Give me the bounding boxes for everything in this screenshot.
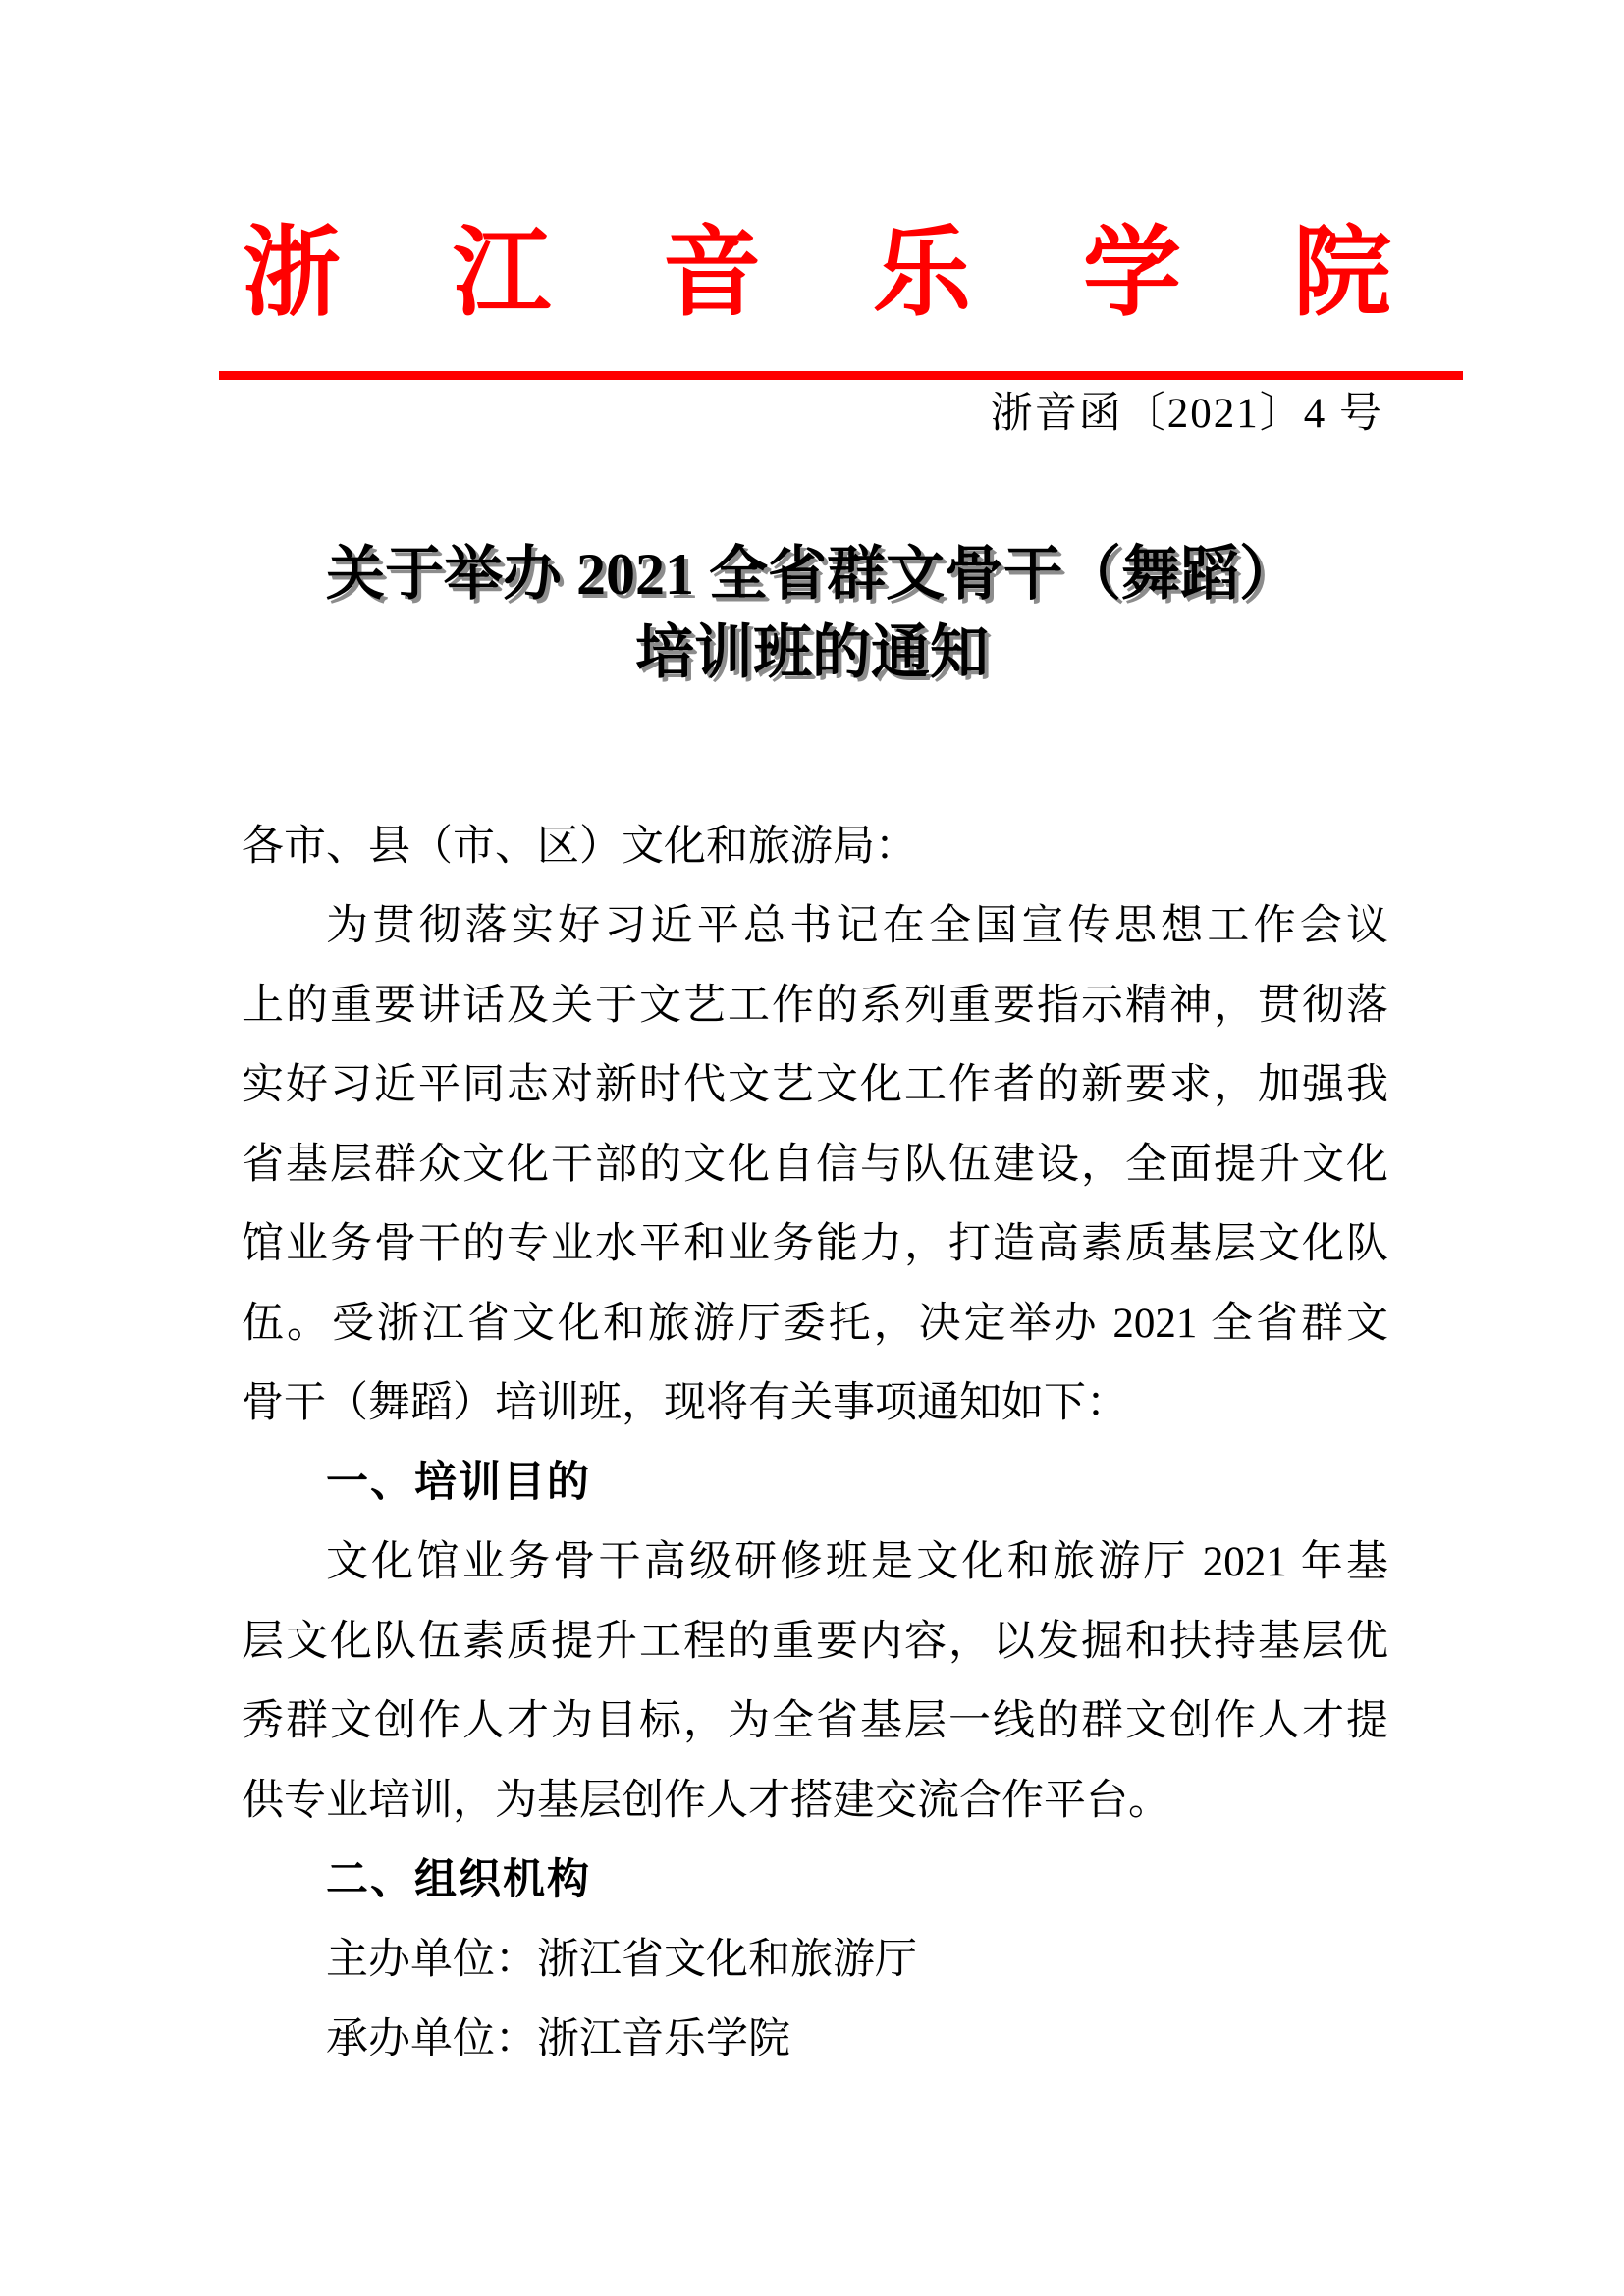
doc-title-line1: 关于举办 2021 全省群文骨干（舞蹈）	[0, 535, 1624, 614]
section-heading-1: 一、培训目的	[242, 1443, 1388, 1522]
doc-title: 关于举办 2021 全省群文骨干（舞蹈） 培训班的通知	[0, 535, 1624, 692]
body-line: 上的重要讲话及关于文艺工作的系列重要指示精神，贯彻落	[242, 966, 1388, 1045]
body-line-undertaker: 承办单位：浙江音乐学院	[242, 2000, 1388, 2079]
body-line: 馆业务骨干的专业水平和业务能力，打造高素质基层文化队	[242, 1204, 1388, 1284]
body-line: 伍。受浙江省文化和旅游厅委托，决定举办 2021 全省群文	[242, 1284, 1388, 1363]
section-heading-2: 二、组织机构	[242, 1841, 1388, 1920]
red-divider-line	[219, 371, 1463, 380]
body-line: 实好习近平同志对新时代文艺文化工作者的新要求，加强我	[242, 1045, 1388, 1125]
body-line: 省基层群众文化干部的文化自信与队伍建设，全面提升文化	[242, 1125, 1388, 1204]
body-line: 为贯彻落实好习近平总书记在全国宣传思想工作会议	[242, 886, 1388, 966]
doc-number: 浙音函〔2021〕4 号	[991, 385, 1383, 444]
body-line: 文化馆业务骨干高级研修班是文化和旅游厅 2021 年基	[242, 1522, 1388, 1602]
doc-title-line2: 培训班的通知	[0, 614, 1624, 692]
body-line-organizer: 主办单位：浙江省文化和旅游厅	[242, 1920, 1388, 2000]
document-page: 浙江音乐学院 浙音函〔2021〕4 号 关于举办 2021 全省群文骨干（舞蹈）…	[0, 0, 1624, 2296]
body-line: 骨干（舞蹈）培训班，现将有关事项通知如下：	[242, 1363, 1388, 1443]
document-body: 各市、县（市、区）文化和旅游局： 为贯彻落实好习近平总书记在全国宣传思想工作会议…	[242, 807, 1388, 2079]
body-line: 秀群文创作人才为目标，为全省基层一线的群文创作人才提	[242, 1682, 1388, 1761]
body-line: 层文化队伍素质提升工程的重要内容，以发掘和扶持基层优	[242, 1602, 1388, 1682]
body-line-salutation: 各市、县（市、区）文化和旅游局：	[242, 807, 1388, 886]
body-line: 供专业培训，为基层创作人才搭建交流合作平台。	[242, 1761, 1388, 1841]
org-title: 浙江音乐学院	[243, 220, 1503, 328]
